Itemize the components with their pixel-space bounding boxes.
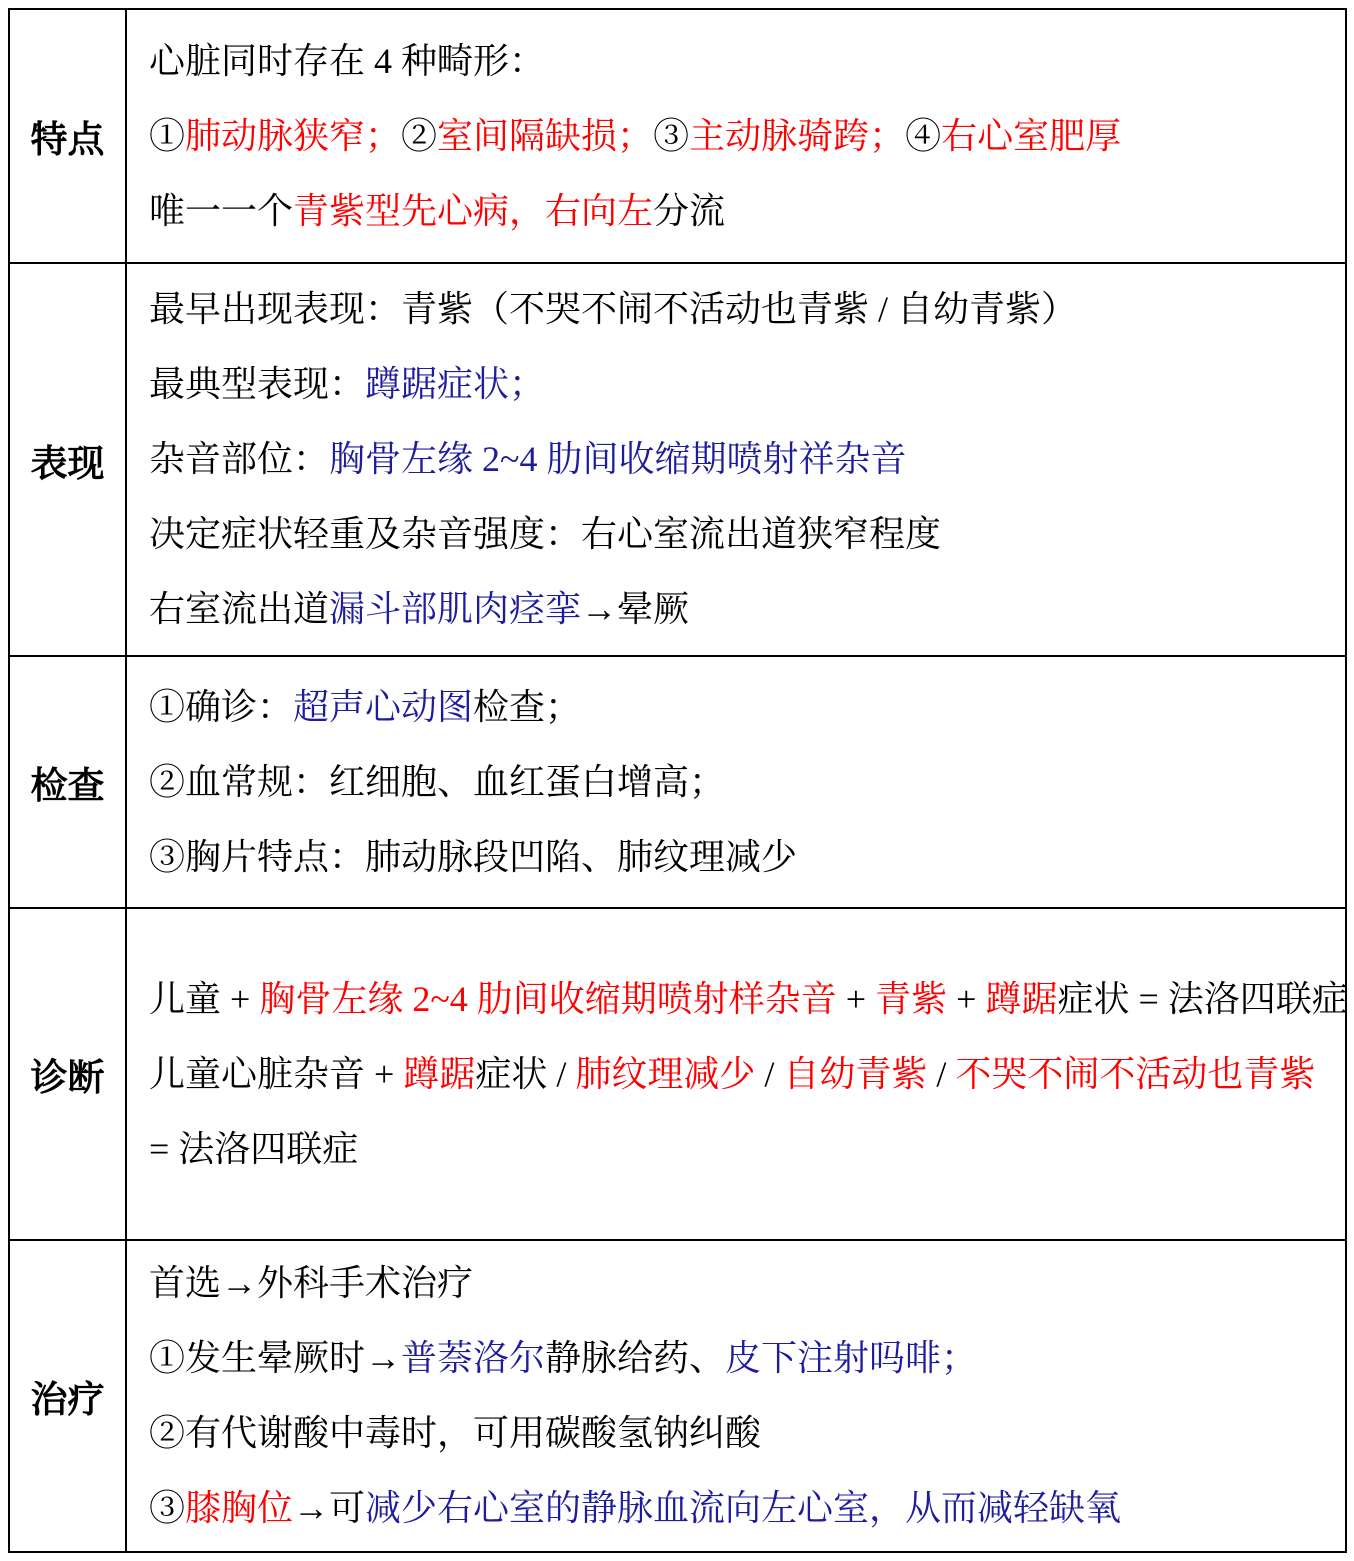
table-row: 诊断儿童 + 胸骨左缘 2~4 肋间收缩期喷射样杂音 + 青紫 + 蹲踞症状 =…: [10, 907, 1345, 1239]
text-segment: 漏斗部肌肉痉挛: [329, 589, 581, 629]
text-segment: ③: [653, 116, 689, 156]
text-segment: ④: [905, 116, 941, 156]
text-line: 最典型表现：蹲踞症状；: [149, 347, 1345, 422]
text-segment: 右心室肥厚: [941, 116, 1121, 156]
row-header: 特点: [10, 10, 127, 262]
text-segment: 减少右心室的静脉血流向左心室，从而减轻缺氧: [365, 1488, 1121, 1528]
text-segment: ②有代谢酸中毒时，可用碳酸氢钠纠酸: [149, 1413, 761, 1453]
text-line: 决定症状轻重及杂音强度：右心室流出道狭窄程度: [149, 497, 1345, 572]
text-line: 最早出现表现：青紫（不哭不闹不活动也青紫 / 自幼青紫）: [149, 272, 1345, 347]
text-segment: 肺动脉狭窄；: [185, 116, 401, 156]
text-segment: 儿童心脏杂音 +: [149, 1054, 403, 1094]
text-line: ①发生晕厥时→普萘洛尔静脉给药、皮下注射吗啡；: [149, 1321, 1345, 1396]
text-segment: 普萘洛尔: [401, 1338, 545, 1378]
text-segment: 症状 = 法洛四联症: [1057, 979, 1345, 1019]
medical-notes-table: 特点心脏同时存在 4 种畸形：①肺动脉狭窄；②室间隔缺损；③主动脉骑跨；④右心室…: [8, 8, 1347, 1553]
text-segment: →可: [293, 1488, 365, 1528]
table-row: 表现最早出现表现：青紫（不哭不闹不活动也青紫 / 自幼青紫）最典型表现：蹲踞症状…: [10, 262, 1345, 655]
text-segment: /: [927, 1054, 955, 1094]
text-line: 首选→外科手术治疗: [149, 1246, 1345, 1321]
text-segment: 室间隔缺损；: [437, 116, 653, 156]
text-segment: 心脏同时存在 4 种畸形：: [149, 41, 545, 81]
text-segment: +: [837, 979, 875, 1019]
text-segment: ①: [149, 116, 185, 156]
text-line: ③膝胸位→可减少右心室的静脉血流向左心室，从而减轻缺氧: [149, 1471, 1345, 1546]
text-line: 右室流出道漏斗部肌肉痉挛→晕厥: [149, 572, 1345, 647]
text-line: 儿童 + 胸骨左缘 2~4 肋间收缩期喷射样杂音 + 青紫 + 蹲踞症状 = 法…: [149, 962, 1345, 1037]
row-header: 表现: [10, 264, 127, 655]
text-segment: 首选→外科手术治疗: [149, 1263, 473, 1303]
text-segment: ①确诊：: [149, 687, 293, 727]
text-segment: 青紫型先心病，右向左: [293, 191, 653, 231]
text-segment: 最典型表现：: [149, 364, 365, 404]
text-segment: 唯一一个: [149, 191, 293, 231]
text-segment: ①发生晕厥时→: [149, 1338, 401, 1378]
text-segment: 儿童 +: [149, 979, 259, 1019]
text-segment: →晕厥: [581, 589, 689, 629]
text-segment: 杂音部位：: [149, 439, 329, 479]
table-row: 特点心脏同时存在 4 种畸形：①肺动脉狭窄；②室间隔缺损；③主动脉骑跨；④右心室…: [10, 10, 1345, 262]
row-content: 最早出现表现：青紫（不哭不闹不活动也青紫 / 自幼青紫）最典型表现：蹲踞症状；杂…: [127, 264, 1345, 655]
text-segment: 膝胸位: [185, 1488, 293, 1528]
text-line: ③胸片特点：肺动脉段凹陷、肺纹理减少: [149, 820, 1345, 895]
text-segment: 症状 /: [475, 1054, 575, 1094]
text-line: = 法洛四联症: [149, 1112, 1345, 1187]
text-segment: 蹲踞: [985, 979, 1057, 1019]
text-segment: 胸骨左缘 2~4 肋间收缩期喷射样杂音: [259, 979, 836, 1019]
text-segment: 蹲踞: [403, 1054, 475, 1094]
text-segment: 胸骨左缘 2~4 肋间收缩期喷射祥杂音: [329, 439, 906, 479]
row-header: 检查: [10, 657, 127, 907]
text-segment: +: [947, 979, 985, 1019]
text-line: ①肺动脉狭窄；②室间隔缺损；③主动脉骑跨；④右心室肥厚: [149, 99, 1345, 174]
row-content: 心脏同时存在 4 种畸形：①肺动脉狭窄；②室间隔缺损；③主动脉骑跨；④右心室肥厚…: [127, 10, 1345, 262]
table-row: 检查①确诊：超声心动图检查；②血常规：红细胞、血红蛋白增高；③胸片特点：肺动脉段…: [10, 655, 1345, 907]
row-content: ①确诊：超声心动图检查；②血常规：红细胞、血红蛋白增高；③胸片特点：肺动脉段凹陷…: [127, 657, 1345, 907]
table-row: 治疗首选→外科手术治疗①发生晕厥时→普萘洛尔静脉给药、皮下注射吗啡；②有代谢酸中…: [10, 1239, 1345, 1551]
text-segment: 蹲踞症状；: [365, 364, 545, 404]
text-segment: ③: [149, 1488, 185, 1528]
text-segment: 静脉给药、: [545, 1338, 725, 1378]
text-segment: ③胸片特点：肺动脉段凹陷、肺纹理减少: [149, 837, 797, 877]
text-segment: 皮下注射吗啡；: [725, 1338, 977, 1378]
text-segment: ②血常规：红细胞、血红蛋白增高；: [149, 762, 725, 802]
text-segment: 分流: [653, 191, 725, 231]
text-segment: 检查；: [473, 687, 581, 727]
text-segment: 最早出现表现：青紫（不哭不闹不活动也青紫 / 自幼青紫）: [149, 289, 1077, 329]
row-header: 治疗: [10, 1241, 127, 1551]
row-content: 儿童 + 胸骨左缘 2~4 肋间收缩期喷射样杂音 + 青紫 + 蹲踞症状 = 法…: [127, 909, 1345, 1239]
text-segment: 主动脉骑跨；: [689, 116, 905, 156]
text-segment: 不哭不闹不活动也青紫: [955, 1054, 1315, 1094]
text-line: ②有代谢酸中毒时，可用碳酸氢钠纠酸: [149, 1396, 1345, 1471]
text-segment: 自幼青紫: [783, 1054, 927, 1094]
text-line: 唯一一个青紫型先心病，右向左分流: [149, 174, 1345, 249]
text-line: 杂音部位：胸骨左缘 2~4 肋间收缩期喷射祥杂音: [149, 422, 1345, 497]
text-segment: /: [755, 1054, 783, 1094]
row-header: 诊断: [10, 909, 127, 1239]
text-segment: 超声心动图: [293, 687, 473, 727]
text-segment: = 法洛四联症: [149, 1129, 358, 1169]
text-segment: 决定症状轻重及杂音强度：右心室流出道狭窄程度: [149, 514, 941, 554]
text-segment: ②: [401, 116, 437, 156]
text-segment: 肺纹理减少: [575, 1054, 755, 1094]
row-content: 首选→外科手术治疗①发生晕厥时→普萘洛尔静脉给药、皮下注射吗啡；②有代谢酸中毒时…: [127, 1241, 1345, 1551]
text-line: ①确诊：超声心动图检查；: [149, 670, 1345, 745]
text-segment: 青紫: [875, 979, 947, 1019]
text-line: 儿童心脏杂音 + 蹲踞症状 / 肺纹理减少 / 自幼青紫 / 不哭不闹不活动也青…: [149, 1037, 1345, 1112]
text-line: 心脏同时存在 4 种畸形：: [149, 24, 1345, 99]
text-line: ②血常规：红细胞、血红蛋白增高；: [149, 745, 1345, 820]
text-segment: 右室流出道: [149, 589, 329, 629]
